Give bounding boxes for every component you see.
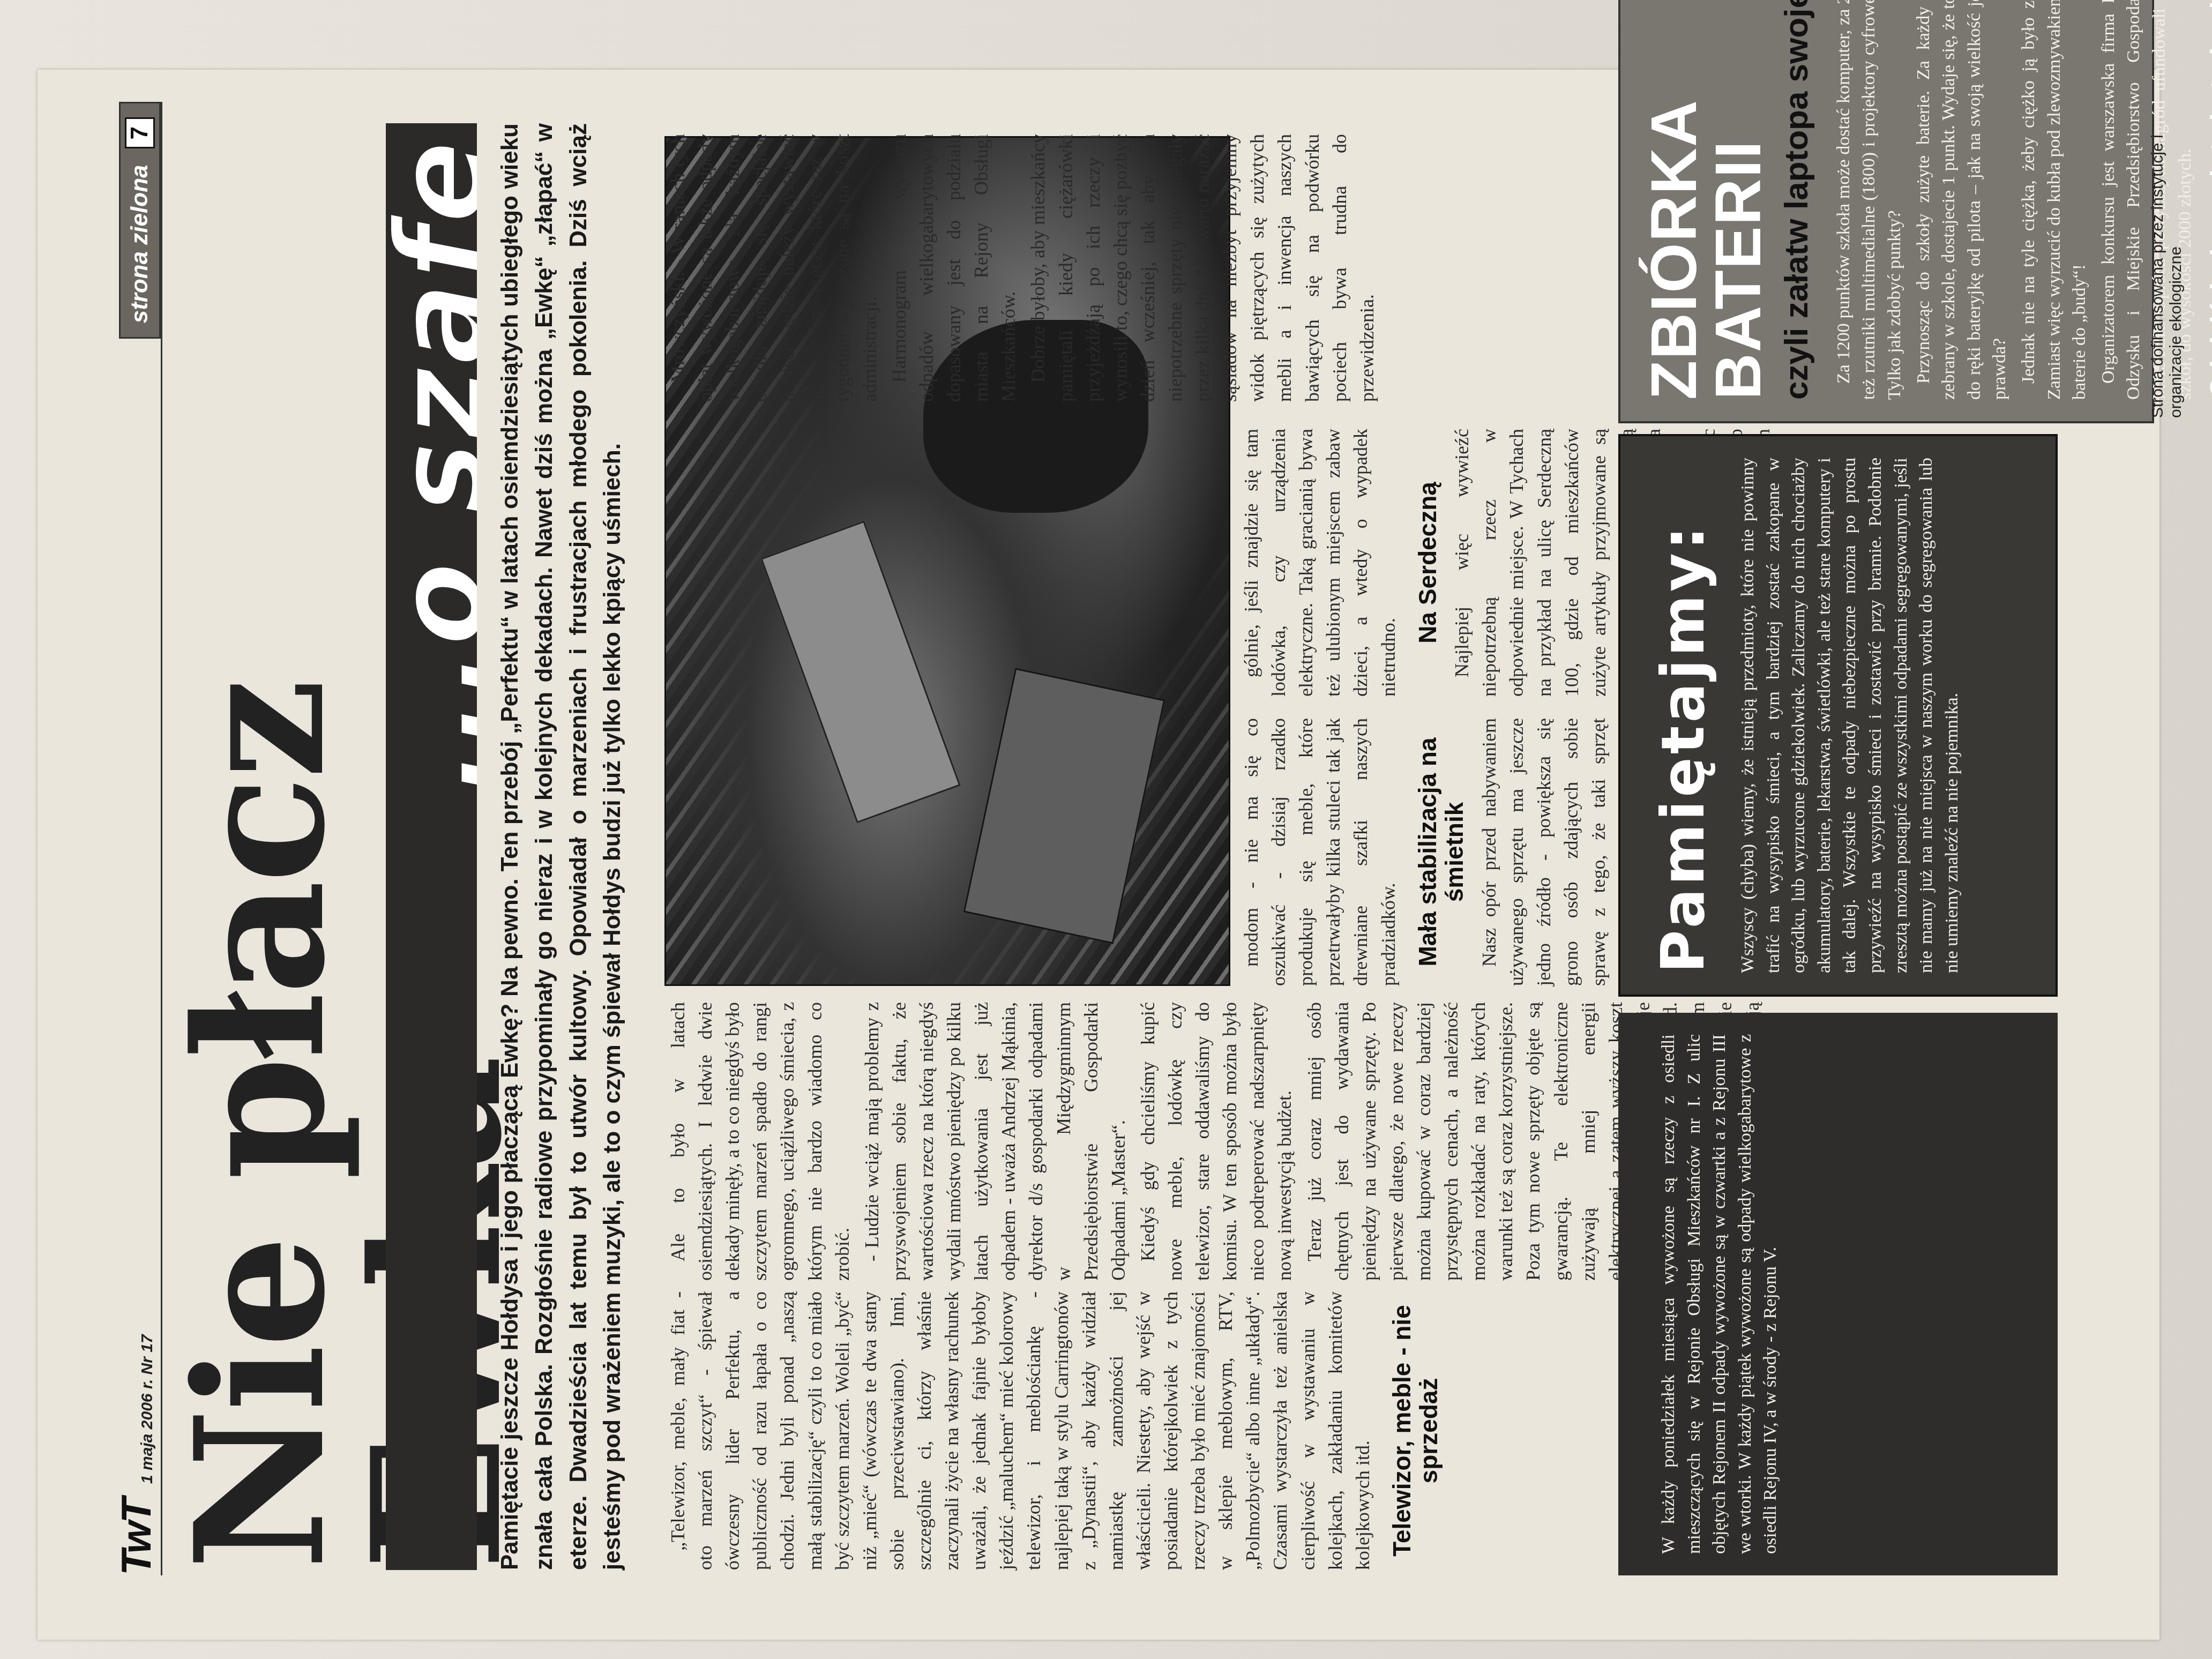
paragraph: Harmonogram wywozu odpadów wielkogabaryt… — [886, 134, 1023, 402]
newspaper-logo: TwT — [112, 1500, 161, 1575]
page-number: 7 — [125, 117, 155, 148]
remember-title: Pamiętajmy: — [1642, 458, 1724, 973]
section-tag: strona zielona 7 — [119, 102, 161, 339]
paragraph: Ale to było w latach osiemdziesiątych. I… — [664, 1002, 856, 1281]
collection-schedule-text: W każdy poniedziałek miesiąca wywożone s… — [1618, 1013, 2058, 1575]
paragraph: Przynosząc do szkoły zużyte baterie. Za … — [1911, 0, 2013, 400]
subheadline-bar: ...o szafę — [386, 123, 477, 1570]
paragraph: Jednak nie na tyle ciężka, żeby ciężko j… — [2016, 0, 2093, 400]
battery-title: ZBIÓRKA BATERII — [1642, 0, 1770, 400]
masthead: TwT 1 maja 2006 r. Nr 17 strona zielona … — [102, 102, 162, 1575]
newspaper-page: TwT 1 maja 2006 r. Nr 17 strona zielona … — [38, 70, 2159, 1640]
photo-furniture-shape — [963, 668, 1165, 944]
subheading: Mała stabilizacja na śmietnik — [1414, 718, 1468, 986]
subheading: Na Serdeczną — [1414, 429, 1441, 697]
lead-paragraph: Pamiętacie jeszcze Hołdysa i jego płaczą… — [493, 123, 630, 1570]
sponsor-note: Strona dofinansowana przez instytucje i … — [2149, 70, 2185, 418]
section-name: strona zielona — [126, 165, 153, 323]
article-column-5: Mrówczyński. - W ramach tych opłat wywoż… — [664, 134, 1383, 402]
remember-box: Pamiętajmy: Wszyscy (chyba) wiemy, że is… — [1618, 434, 2058, 997]
paragraph: Mrówczyński. - W ramach tych opłat wywoż… — [664, 134, 884, 402]
paragraph: gólnie, jeśli znajdzie się tam lodówka, … — [1238, 429, 1402, 697]
remember-text: Wszyscy (chyba) wiemy, że istnieją przed… — [1735, 458, 1964, 973]
article-column-1: „Telewizor, meble, mały fiat - oto marze… — [664, 1291, 1450, 1570]
paragraph: Za 1200 punktów szkoła może dostać kompu… — [1831, 0, 1908, 400]
paragraph: modom - nie ma się co oszukiwać - dzisia… — [1238, 718, 1402, 986]
subheading: Telewizor, meble - nie sprzedaż — [1388, 1291, 1443, 1570]
paragraph: - Ludzie wciąż mają problemy z przyswoje… — [858, 1002, 1132, 1281]
battery-subtitle: czyli załatw laptopa swojej szkole — [1774, 0, 1820, 400]
paragraph: „Telewizor, meble, mały fiat - oto marze… — [664, 1291, 1377, 1570]
issue-date: 1 maja 2006 r. Nr 17 — [138, 339, 156, 1484]
battery-call-to-action: Od dziś żadna zużyta bateria nie powinna… — [2205, 0, 2212, 400]
collection-schedule-box: W każdy poniedziałek miesiąca wywożone s… — [1618, 1013, 2058, 1575]
paragraph: Kiedyś gdy chcieliśmy kupić nowe meble, … — [1134, 1002, 1299, 1281]
battery-collection-box: ZBIÓRKA BATERII czyli załatw laptopa swo… — [1618, 0, 2154, 423]
photo-furniture-shape — [760, 521, 960, 824]
paragraph: Dobrze byłoby, aby mieszkańcy pamiętali … — [1025, 134, 1380, 402]
subheadline-text: ...o szafę — [386, 138, 477, 793]
